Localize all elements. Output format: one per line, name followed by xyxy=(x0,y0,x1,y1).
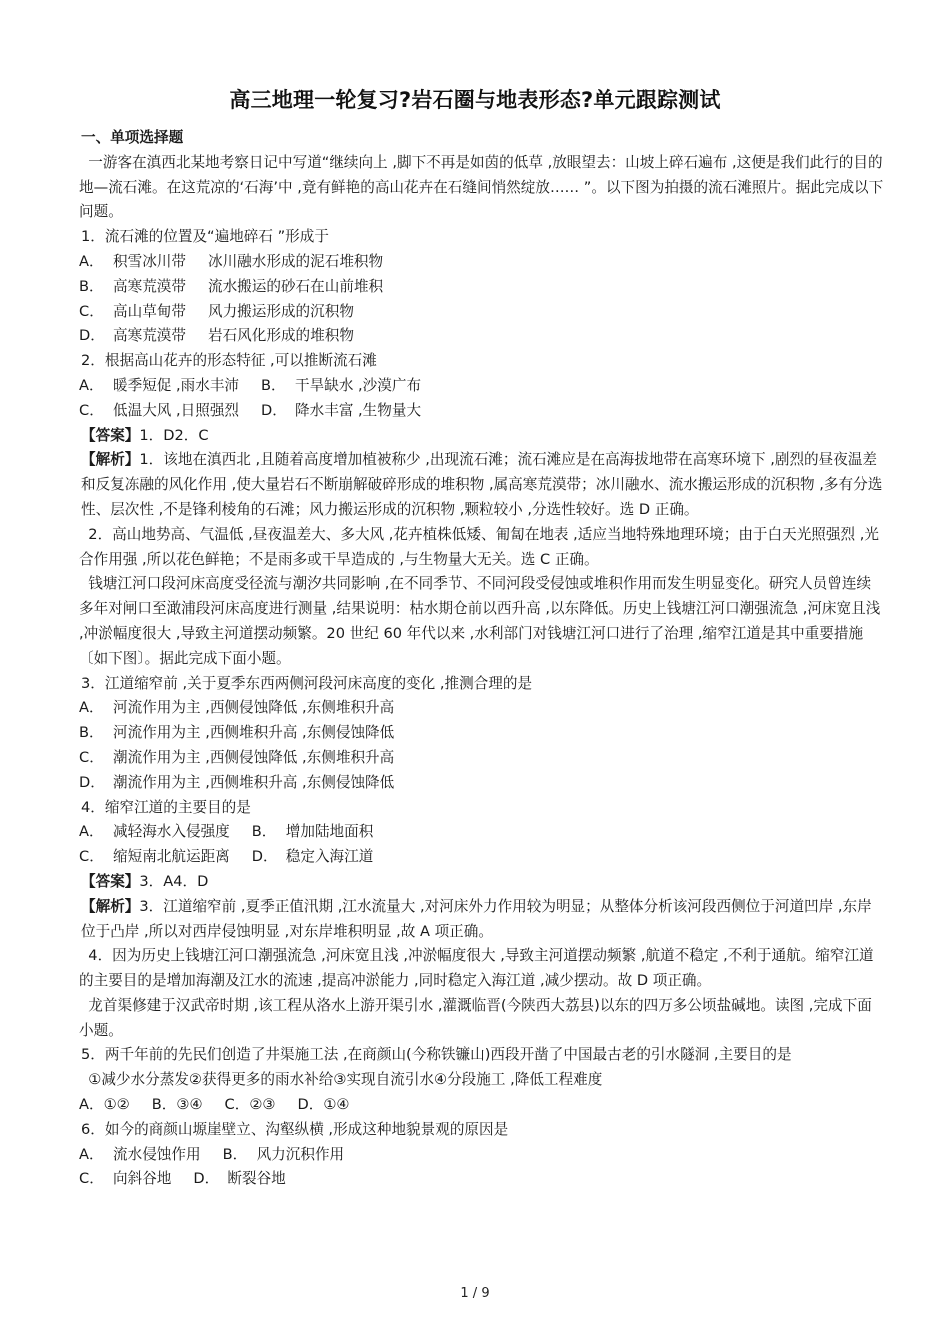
option-label: A． xyxy=(79,696,113,721)
option-text: 冰川融水形成的泥石堆积物 xyxy=(208,253,383,270)
question-4-stem: 4．缩窄江道的主要目的是 xyxy=(79,796,885,821)
option-text: 潮流作用为主 ,西侧侵蚀降低 ,东侧堆积升高 xyxy=(113,749,394,766)
passage-qiantang-river: 钱塘江河口段河床高度受径流与潮汐共同影响 ,在不同季节、不同河段受侵蚀或堆积作用… xyxy=(79,572,885,671)
option-label: A． xyxy=(79,374,113,399)
option-label: D． xyxy=(79,324,113,349)
page-indicator: 1 / 9 xyxy=(0,1286,950,1301)
question-2-stem: 2．根据高山花卉的形态特征 ,可以推断流石滩 xyxy=(79,349,885,374)
option-text: 低温大风 ,日照强烈 xyxy=(113,402,239,419)
question-5-options: A．①②B．③④C．②③D．①④ xyxy=(79,1093,885,1118)
question-3-option-d: D．潮流作用为主 ,西侧堆积升高 ,东侧侵蚀降低 xyxy=(79,771,885,796)
option-label: C． xyxy=(79,746,113,771)
option-label: C． xyxy=(79,399,113,424)
option-label: D． xyxy=(193,1167,227,1192)
question-1-stem: 1．流石滩的位置及“遍地碎石 ”形成于 xyxy=(79,225,885,250)
option-label: A． xyxy=(79,1096,104,1113)
answer-text: 1．D2．C xyxy=(139,427,208,444)
question-2-options-ab: A．暖季短促 ,雨水丰沛B．干旱缺水 ,沙漠广布 xyxy=(79,374,885,399)
option-label: D． xyxy=(79,771,113,796)
option-label: B． xyxy=(252,820,286,845)
question-4-options-cd: C．缩短南北航运距离D．稳定入海江道 xyxy=(79,845,885,870)
answer-tag: 【答案】 xyxy=(81,873,139,890)
option-text: 风力搬运形成的沉积物 xyxy=(208,303,354,320)
option-text: 岩石风化形成的堆积物 xyxy=(208,327,354,344)
option-text: 河流作用为主 ,西侧堆积升高 ,东侧侵蚀降低 xyxy=(113,724,394,741)
option-text: 缩短南北航运距离 xyxy=(113,848,230,865)
question-3-option-a: A．河流作用为主 ,西侧侵蚀降低 ,东侧堆积升高 xyxy=(79,696,885,721)
option-text: 稳定入海江道 xyxy=(286,848,374,865)
question-3-option-c: C．潮流作用为主 ,西侧侵蚀降低 ,东侧堆积升高 xyxy=(79,746,885,771)
question-6-options-ab: A．流水侵蚀作用B．风力沉积作用 xyxy=(79,1143,885,1168)
option-label: A． xyxy=(79,250,113,275)
question-1-option-b: B．高寒荒漠带流水搬运的砂石在山前堆积 xyxy=(79,275,885,300)
analysis-2: 2．高山地势高、气温低 ,昼夜温差大、多大风 ,花卉植株低矮、匍匐在地表 ,适应… xyxy=(79,523,885,573)
option-text: 向斜谷地 xyxy=(113,1170,171,1187)
option-label: D． xyxy=(252,845,286,870)
option-label: C． xyxy=(225,1096,250,1113)
question-1-option-d: D．高寒荒漠带岩石风化形成的堆积物 xyxy=(79,324,885,349)
option-label: D． xyxy=(298,1096,324,1113)
option-text: 流水侵蚀作用 xyxy=(113,1146,201,1163)
analysis-tag: 【解析】 xyxy=(81,898,139,915)
option-text: ①④ xyxy=(323,1096,349,1113)
option-label: C． xyxy=(79,300,113,325)
document-page: 高三地理一轮复习?岩石圈与地表形态?单元跟踪测试 一、单项选择题 一游客在滇西北… xyxy=(0,0,950,1344)
option-text: 暖季短促 ,雨水丰沛 xyxy=(113,377,239,394)
option-text: 高寒荒漠带 xyxy=(113,278,186,295)
answer-tag: 【答案】 xyxy=(81,427,139,444)
question-6-stem: 6．如今的商颜山塬崖壁立、沟壑纵横 ,形成这种地貌景观的原因是 xyxy=(79,1118,885,1143)
question-1-option-c: C．高山草甸带风力搬运形成的沉积物 xyxy=(79,300,885,325)
option-label: C． xyxy=(79,845,113,870)
option-text: 潮流作用为主 ,西侧堆积升高 ,东侧侵蚀降低 xyxy=(113,774,394,791)
answer-1-2: 【答案】1．D2．C xyxy=(79,424,885,449)
analysis-4: 4．因为历史上钱塘江河口潮强流急 ,河床宽且浅 ,冲淤幅度很大 ,导致主河道摆动… xyxy=(79,944,885,994)
option-label: B． xyxy=(79,275,113,300)
document-body: 一、单项选择题 一游客在滇西北某地考察日记中写道“继续向上 ,脚下不再是如茵的低… xyxy=(79,126,885,1192)
option-text: 河流作用为主 ,西侧侵蚀降低 ,东侧堆积升高 xyxy=(113,699,394,716)
option-label: A． xyxy=(79,1143,113,1168)
option-label: B． xyxy=(152,1096,177,1113)
question-6-options-cd: C．向斜谷地D．断裂谷地 xyxy=(79,1167,885,1192)
option-label: B． xyxy=(223,1143,257,1168)
option-label: B． xyxy=(261,374,295,399)
option-text: 降水丰富 ,生物量大 xyxy=(295,402,421,419)
option-text: 积雪冰川带 xyxy=(113,253,186,270)
option-text: 断裂谷地 xyxy=(227,1170,285,1187)
passage-longshou-canal: 龙首渠修建于汉武帝时期 ,该工程从洛水上游开渠引水 ,灌溉临晋(今陕西大荔县)以… xyxy=(79,994,885,1044)
question-5-stem: 5．两千年前的先民们创造了井渠施工法 ,在商颜山(今称铁镰山)西段开凿了中国最古… xyxy=(79,1043,885,1068)
question-4-options-ab: A．减轻海水入侵强度B．增加陆地面积 xyxy=(79,820,885,845)
option-label: D． xyxy=(261,399,295,424)
question-3-option-b: B．河流作用为主 ,西侧堆积升高 ,东侧侵蚀降低 xyxy=(79,721,885,746)
section-heading: 一、单项选择题 xyxy=(79,126,885,151)
option-text: 增加陆地面积 xyxy=(286,823,374,840)
analysis-tag: 【解析】 xyxy=(81,451,139,468)
analysis-text: 3．江道缩窄前 ,夏季正值汛期 ,江水流量大 ,对河床外力作用较为明显；从整体分… xyxy=(81,898,872,940)
option-label: B． xyxy=(79,721,113,746)
question-3-stem: 3．江道缩窄前 ,关于夏季东西两侧河段河床高度的变化 ,推测合理的是 xyxy=(79,672,885,697)
analysis-3: 【解析】3．江道缩窄前 ,夏季正值汛期 ,江水流量大 ,对河床外力作用较为明显；… xyxy=(79,895,885,945)
analysis-1: 【解析】1．该地在滇西北 ,且随着高度增加植被称少 ,出现流石滩；流石滩应是在高… xyxy=(79,448,885,522)
option-text: 风力沉积作用 xyxy=(257,1146,345,1163)
question-1-option-a: A．积雪冰川带冰川融水形成的泥石堆积物 xyxy=(79,250,885,275)
analysis-text: 1．该地在滇西北 ,且随着高度增加植被称少 ,出现流石滩；流石滩应是在高海拔地带… xyxy=(81,451,882,518)
option-label: A． xyxy=(79,820,113,845)
option-text: 流水搬运的砂石在山前堆积 xyxy=(208,278,383,295)
option-label: C． xyxy=(79,1167,113,1192)
question-5-statements: ①减少水分蒸发②获得更多的雨水补给③实现自流引水④分段施工 ,降低工程难度 xyxy=(79,1068,885,1093)
option-text: ②③ xyxy=(249,1096,275,1113)
option-text: 减轻海水入侵强度 xyxy=(113,823,230,840)
document-title: 高三地理一轮复习?岩石圈与地表形态?单元跟踪测试 xyxy=(0,84,950,114)
passage-stone-beach: 一游客在滇西北某地考察日记中写道“继续向上 ,脚下不再是如茵的低草 ,放眼望去：… xyxy=(79,151,885,225)
option-text: 干旱缺水 ,沙漠广布 xyxy=(295,377,421,394)
answer-3-4: 【答案】3．A4．D xyxy=(79,870,885,895)
answer-text: 3．A4．D xyxy=(139,873,208,890)
question-2-options-cd: C．低温大风 ,日照强烈D．降水丰富 ,生物量大 xyxy=(79,399,885,424)
option-text: 高山草甸带 xyxy=(113,303,186,320)
option-text: ③④ xyxy=(176,1096,202,1113)
option-text: 高寒荒漠带 xyxy=(113,327,186,344)
option-text: ①② xyxy=(104,1096,130,1113)
